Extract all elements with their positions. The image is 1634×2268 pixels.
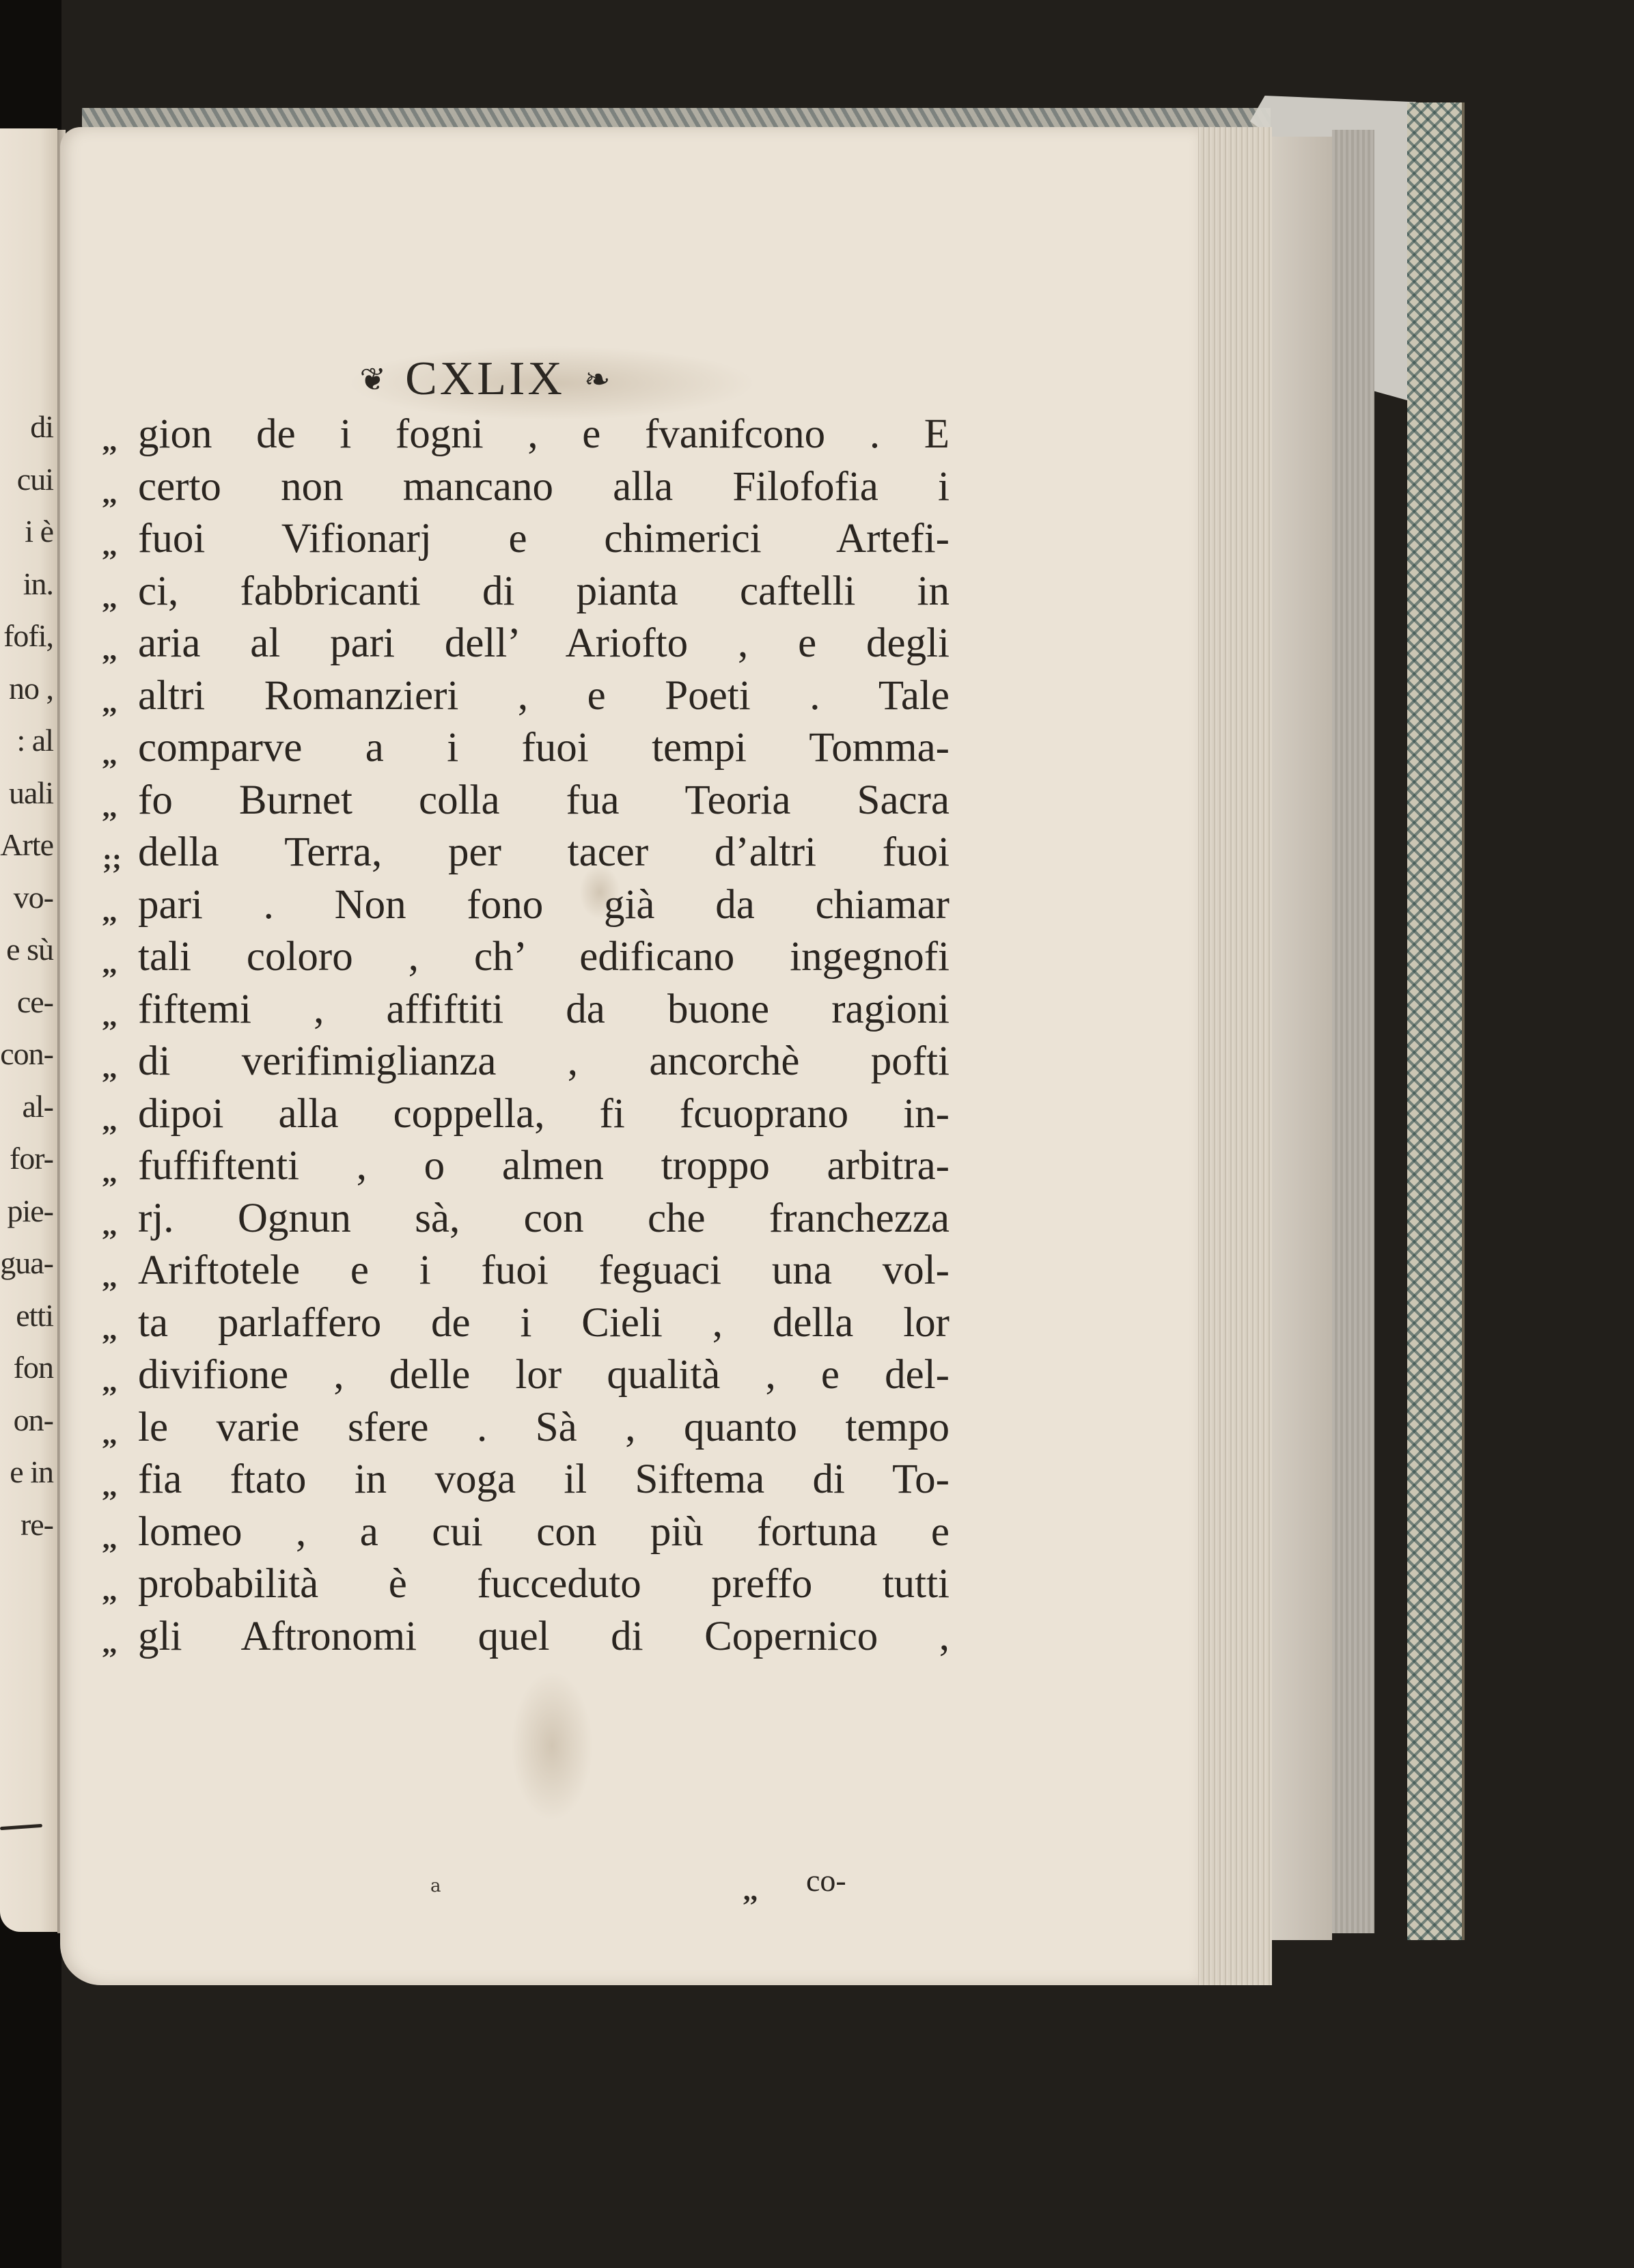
line-text: aria al pari dell’ Ariofto , e degli (138, 618, 950, 669)
text-line: ,,comparve a i fuoi tempi Tomma- (102, 722, 950, 775)
line-text: probabilità è fucceduto preffo tutti (138, 1558, 950, 1610)
quotation-mark: ,, (102, 1157, 143, 1189)
quotation-mark: ,, (102, 1261, 143, 1294)
text-line: ,,pari . Non fono già da chiamar (102, 879, 950, 932)
foxing-stain (511, 1671, 593, 1821)
quotation-mark: ,, (102, 478, 143, 510)
text-line: ,,fuoi Vifionarj e chimerici Artefi- (102, 513, 950, 566)
line-text: ci, fabbricanti di pianta caftelli in (138, 566, 950, 618)
quotation-mark: ,, (102, 1627, 143, 1660)
line-text: gli Aftronomi quel di Copernico , (138, 1611, 950, 1663)
quotation-mark: ,, (102, 896, 143, 928)
quotation-mark: ,, (102, 1575, 143, 1607)
text-line: ,,Ariftotele e i fuoi feguaci una vol- (102, 1245, 950, 1297)
facing-page-line-fragment: e in (10, 1454, 53, 1490)
facing-page-line-fragment: al- (22, 1088, 53, 1124)
facing-page-line-fragment: ce- (17, 984, 53, 1020)
text-line: ,,probabilità è fucceduto preffo tutti (102, 1558, 950, 1611)
line-text: comparve a i fuoi tempi Tomma- (138, 722, 950, 774)
page-number: CXLIX (405, 352, 565, 406)
catchword: co- (806, 1862, 846, 1898)
text-line: ,,certo non mancano alla Filofofia i (102, 461, 950, 514)
quotation-mark: ,, (102, 1209, 143, 1242)
quotation-mark: ,, (102, 1105, 143, 1137)
line-text: fia ftato in voga il Siftema di To- (138, 1454, 950, 1506)
quotation-mark: ,, (102, 425, 143, 458)
fleuron-left-icon: ❦ (360, 363, 387, 395)
line-text: dipoi alla coppella, fi fcuoprano in- (138, 1088, 950, 1140)
line-text: ta parlaffero de i Cieli , della lor (138, 1297, 950, 1349)
text-line: ,,divifione , delle lor qualità , e del- (102, 1349, 950, 1402)
line-text: certo non mancano alla Filofofia i (138, 461, 950, 513)
page-edges (1190, 127, 1272, 1985)
facing-page-rule (0, 1824, 42, 1830)
text-line: ;;della Terra, per tacer d’altri fuoi (102, 827, 950, 879)
text-line: ,,fo Burnet colla fua Teoria Sacra (102, 775, 950, 827)
text-line: ,,fia ftato in voga il Siftema di To- (102, 1454, 950, 1506)
facing-page-line-fragment: re- (20, 1506, 53, 1543)
facing-page-line-fragment: vo- (14, 879, 53, 915)
facing-page-line-fragment: gua- (0, 1245, 53, 1281)
text-line: ,,fuffiftenti , o almen troppo arbitra- (102, 1140, 950, 1193)
quotation-mark: ,, (102, 1470, 143, 1503)
facing-page-line-fragment: etti (16, 1297, 53, 1333)
catch-quote-mark: ,, (743, 1875, 758, 1907)
facing-page-line-fragment: fon (14, 1349, 53, 1385)
line-text: rj. Ognun sà, con che franchezza (138, 1193, 950, 1245)
line-text: fuoi Vifionarj e chimerici Artefi- (138, 513, 950, 565)
facing-page-line-fragment: in. (23, 566, 53, 602)
text-line: ,,lomeo , a cui con più fortuna e (102, 1506, 950, 1559)
quotation-mark: ,, (102, 634, 143, 667)
facing-page-line-fragment: for- (10, 1140, 53, 1176)
cover-board-edge (1332, 130, 1374, 1933)
text-line: ,,fiftemi , affiftiti da buone ragioni (102, 984, 950, 1036)
quotation-mark: ,, (102, 529, 143, 562)
line-text: divifione , delle lor qualità , e del- (138, 1349, 950, 1401)
quotation-mark: ,, (102, 948, 143, 980)
facing-page-line-fragment: uali (9, 775, 53, 811)
quotation-mark: ,, (102, 1418, 143, 1451)
facing-page-left: dicuii èin.fofi,no ,: alualiArtevo-e sùc… (0, 128, 57, 1932)
running-header: ❦ CXLIX ❧ (294, 352, 676, 406)
quotation-mark: ,, (102, 1523, 143, 1555)
text-line: ,,altri Romanzieri , e Poeti . Tale (102, 670, 950, 723)
facing-page-line-fragment: no , (9, 670, 53, 706)
facing-page-line-fragment: con- (0, 1036, 53, 1072)
facing-page-line-fragment: i è (25, 513, 53, 549)
quotation-mark: ,, (102, 687, 143, 719)
fleuron-right-icon: ❧ (584, 363, 611, 395)
text-line: ,,aria al pari dell’ Ariofto , e degli (102, 618, 950, 670)
quotation-mark: ,, (102, 791, 143, 824)
line-text: tali coloro , ch’ edificano ingegnofi (138, 931, 950, 983)
line-text: gion de i fogni , e fvanifcono . E (138, 409, 950, 460)
endpaper (1271, 137, 1332, 1940)
facing-page-line-fragment: cui (17, 461, 53, 497)
text-line: ,,le varie sfere . Sà , quanto tempo (102, 1402, 950, 1454)
quotation-mark: ,, (102, 1000, 143, 1033)
marbled-cover-board (1407, 102, 1465, 1940)
quotation-mark: ,, (102, 582, 143, 615)
quotation-mark: ,, (102, 738, 143, 771)
text-line: ,,ci, fabbricanti di pianta caftelli in (102, 566, 950, 618)
body-text: ,,gion de i fogni , e fvanifcono . E,,ce… (102, 409, 950, 1663)
quotation-mark: ,, (102, 1366, 143, 1398)
facing-page-line-fragment: pie- (7, 1193, 53, 1229)
facing-page-line-fragment: : al (17, 722, 53, 758)
text-line: ,,dipoi alla coppella, fi fcuoprano in- (102, 1088, 950, 1141)
line-text: fuffiftenti , o almen troppo arbitra- (138, 1140, 950, 1192)
quotation-mark: ;; (102, 843, 143, 876)
line-text: fo Burnet colla fua Teoria Sacra (138, 775, 950, 827)
facing-page-line-fragment: fofi, (3, 618, 53, 654)
line-text: fiftemi , affiftiti da buone ragioni (138, 984, 950, 1036)
facing-page-line-fragment: Arte (0, 827, 53, 863)
signature-mark: a (430, 1876, 441, 1896)
facing-page-line-fragment: e sù (6, 931, 53, 967)
line-text: le varie sfere . Sà , quanto tempo (138, 1402, 950, 1454)
line-text: lomeo , a cui con più fortuna e (138, 1506, 950, 1558)
text-line: ,,gli Aftronomi quel di Copernico , (102, 1611, 950, 1663)
quotation-mark: ,, (102, 1052, 143, 1085)
line-text: pari . Non fono già da chiamar (138, 879, 950, 931)
page-footer: a ,, co- (60, 1862, 1198, 1917)
facing-page-line-fragment: on- (14, 1402, 53, 1438)
text-line: ,,gion de i fogni , e fvanifcono . E (102, 409, 950, 461)
text-line: ,,di verifimiglianza , ancorchè pofti (102, 1036, 950, 1088)
line-text: altri Romanzieri , e Poeti . Tale (138, 670, 950, 722)
text-line: ,,rj. Ognun sà, con che franchezza (102, 1193, 950, 1245)
line-text: di verifimiglianza , ancorchè pofti (138, 1036, 950, 1088)
quotation-mark: ,, (102, 1314, 143, 1346)
text-line: ,,tali coloro , ch’ edificano ingegnofi (102, 931, 950, 984)
line-text: della Terra, per tacer d’altri fuoi (138, 827, 950, 879)
facing-page-line-fragment: di (30, 409, 53, 445)
line-text: Ariftotele e i fuoi feguaci una vol- (138, 1245, 950, 1297)
text-line: ,,ta parlaffero de i Cieli , della lor (102, 1297, 950, 1350)
